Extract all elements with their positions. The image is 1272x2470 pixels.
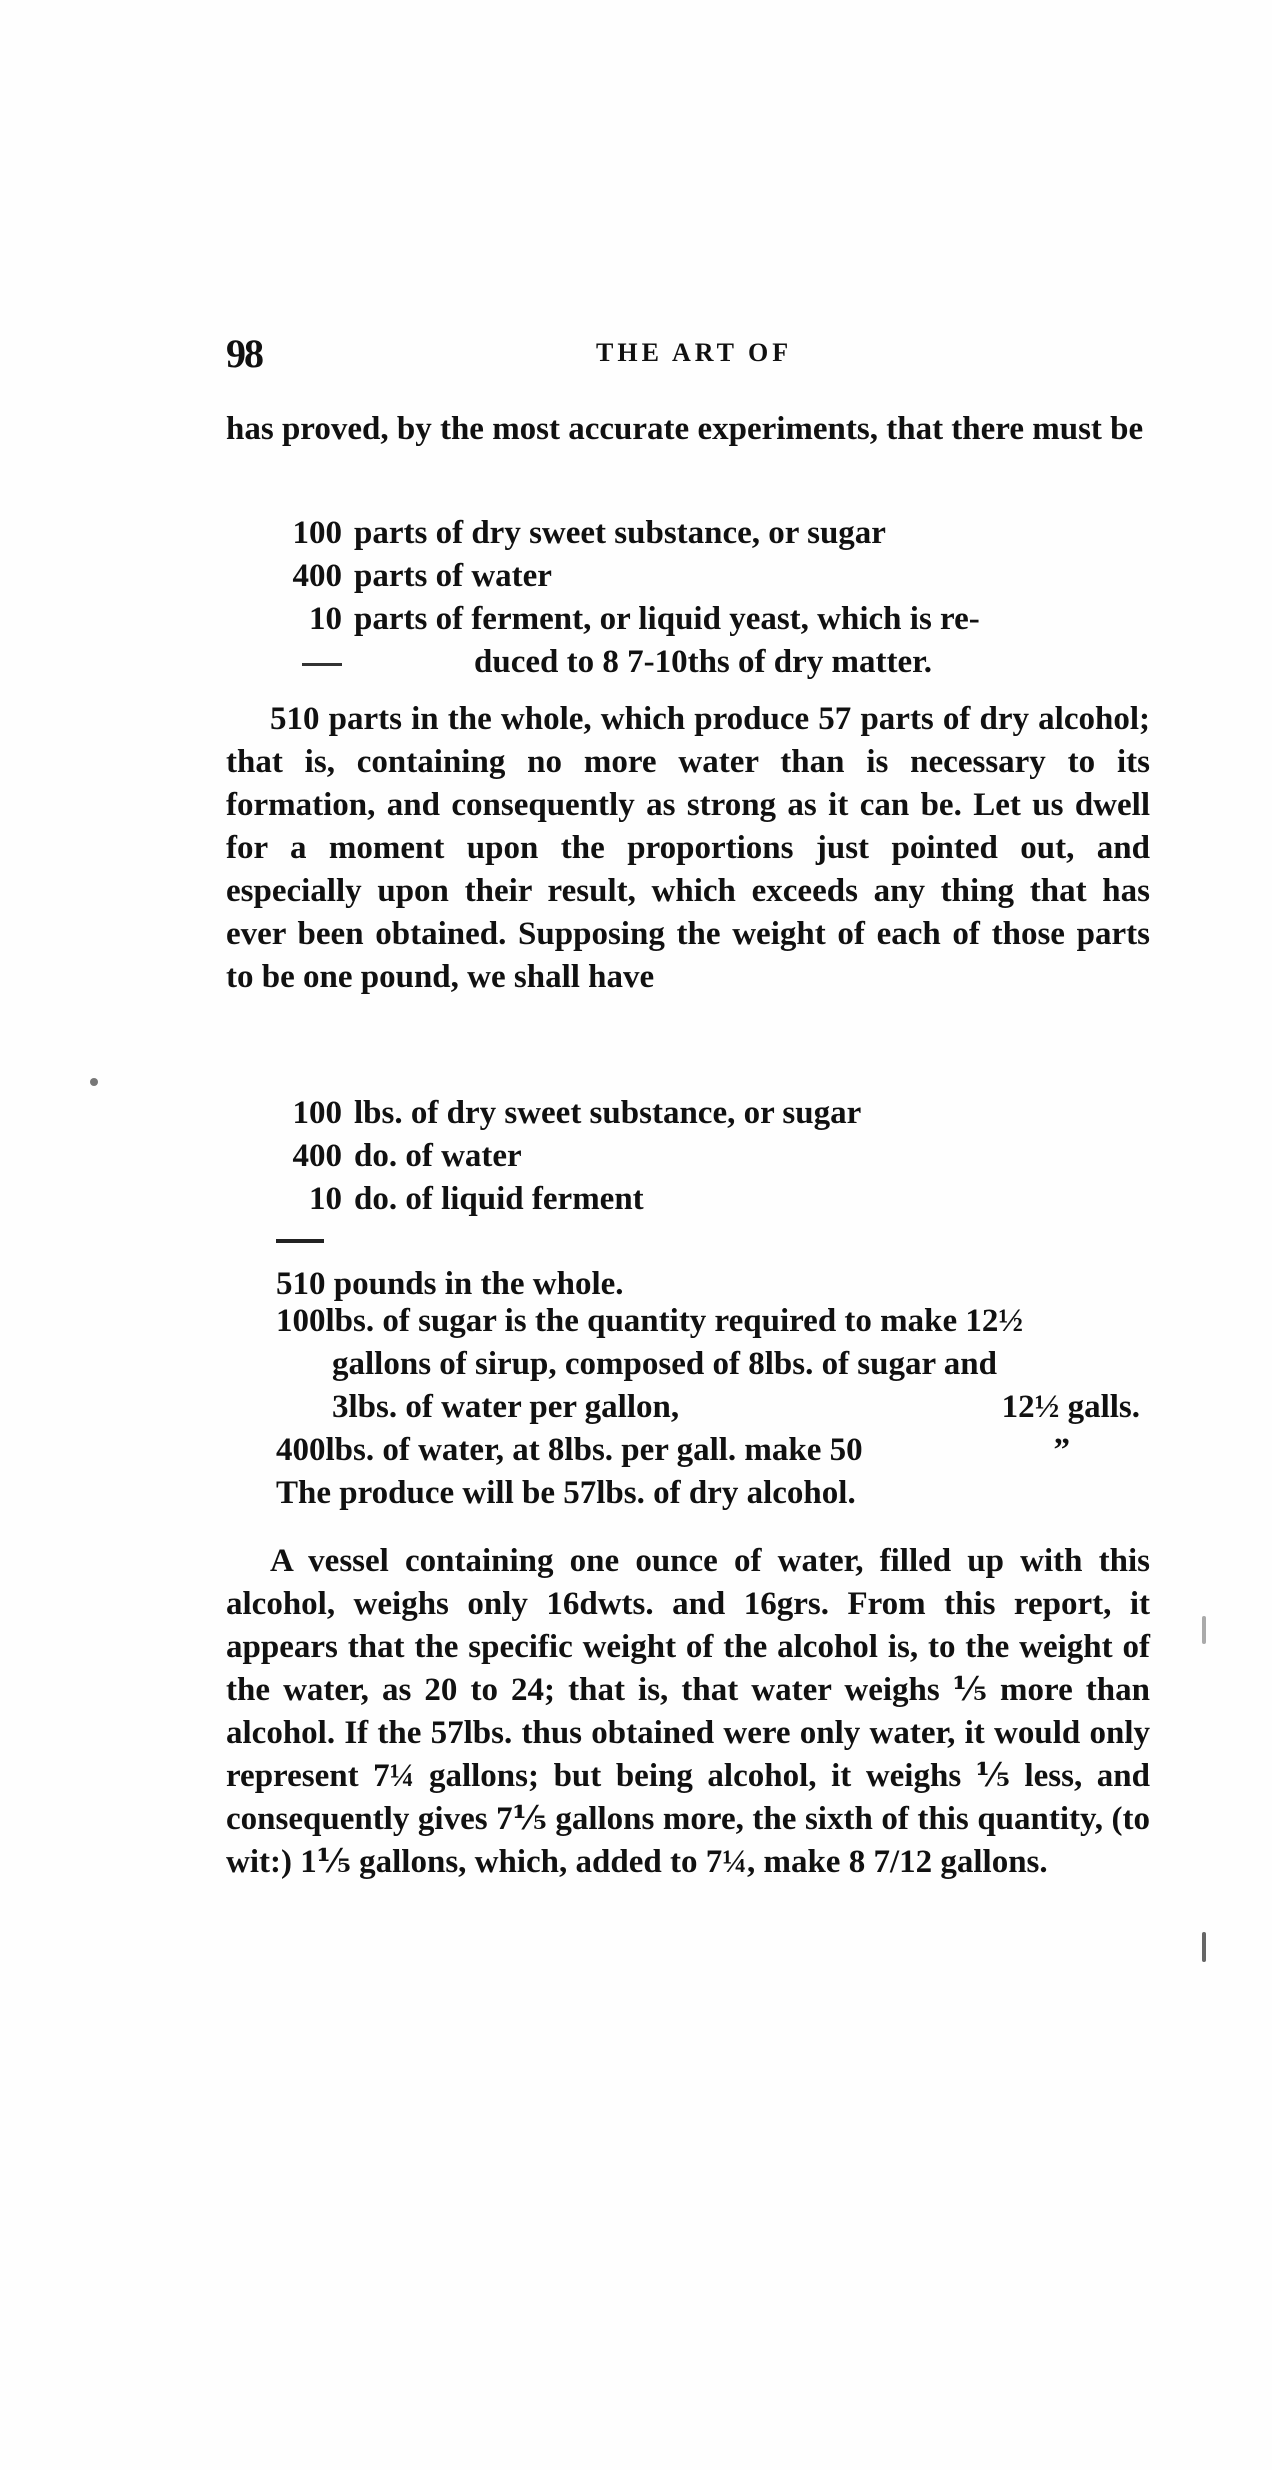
item-quantity: 100 (276, 512, 342, 555)
list-item: 100 parts of dry sweet substance, or sug… (276, 512, 1150, 555)
book-page: 98 THE ART OF has proved, by the most ac… (0, 0, 1272, 2470)
item-description: parts of dry sweet substance, or sugar (354, 512, 1150, 555)
item-quantity: 400 (276, 1135, 342, 1178)
calc-line: 100lbs. of sugar is the quantity require… (276, 1300, 1150, 1343)
item-description: parts of water (354, 555, 1150, 598)
calc-line: 3lbs. of water per gallon, 12½ galls. (276, 1386, 1150, 1429)
ditto-mark: ” (1054, 1429, 1151, 1472)
list-item: 10 do. of liquid ferment (276, 1178, 1150, 1221)
item-description: do. of liquid ferment (354, 1178, 1150, 1221)
intro-text: has proved, by the most accurate experim… (226, 408, 1150, 451)
item-quantity: 400 (276, 555, 342, 598)
item-quantity: 10 (276, 1178, 342, 1221)
item-quantity: 100 (276, 1092, 342, 1135)
calc-line: gallons of sirup, composed of 8lbs. of s… (276, 1343, 1150, 1386)
paragraph-text: A vessel containing one ounce of water, … (226, 1540, 1150, 1884)
running-title: THE ART OF (596, 338, 792, 368)
item-description: lbs. of dry sweet substance, or sugar (354, 1092, 1150, 1135)
item-description: do. of water (354, 1135, 1150, 1178)
list-item: 400 parts of water (276, 555, 1150, 598)
list-item-continuation: duced to 8 7-10ths of dry matter. (276, 641, 1150, 684)
calc-line: 400lbs. of water, at 8lbs. per gall. mak… (276, 1429, 1150, 1472)
running-head: 98 THE ART OF (226, 330, 1146, 380)
page-number: 98 (226, 330, 262, 377)
calculation-block: 100lbs. of sugar is the quantity require… (276, 1300, 1150, 1515)
paragraph-text: 510 parts in the whole, which produce 57… (226, 698, 1150, 999)
list-item: 10 parts of ferment, or liquid yeast, wh… (276, 598, 1150, 641)
intro-paragraph: has proved, by the most accurate experim… (226, 408, 1150, 451)
item-quantity: 10 (276, 598, 342, 641)
calc-line-left: 400lbs. of water, at 8lbs. per gall. mak… (276, 1429, 863, 1472)
list-item: 400 do. of water (276, 1135, 1150, 1178)
calc-line-left: 3lbs. of water per gallon, (332, 1386, 679, 1429)
list-item: 100 lbs. of dry sweet substance, or suga… (276, 1092, 1150, 1135)
margin-speck (90, 1078, 98, 1086)
recipe-pounds-list: 100 lbs. of dry sweet substance, or suga… (276, 1092, 1150, 1306)
margin-speck (1202, 1616, 1206, 1644)
paragraph-1: 510 parts in the whole, which produce 57… (226, 698, 1150, 999)
recipe-parts-list: 100 parts of dry sweet substance, or sug… (276, 512, 1150, 684)
item-description: parts of ferment, or liquid yeast, which… (354, 598, 1150, 641)
calc-line: The produce will be 57lbs. of dry alcoho… (276, 1472, 1150, 1515)
item-continuation: duced to 8 7-10ths of dry matter. (354, 641, 1150, 684)
paragraph-2: A vessel containing one ounce of water, … (226, 1540, 1150, 1884)
sum-rule (276, 1239, 324, 1243)
margin-speck (1202, 1932, 1206, 1962)
calc-line-right: 12½ galls. (1002, 1386, 1140, 1429)
sum-rule (276, 641, 342, 684)
